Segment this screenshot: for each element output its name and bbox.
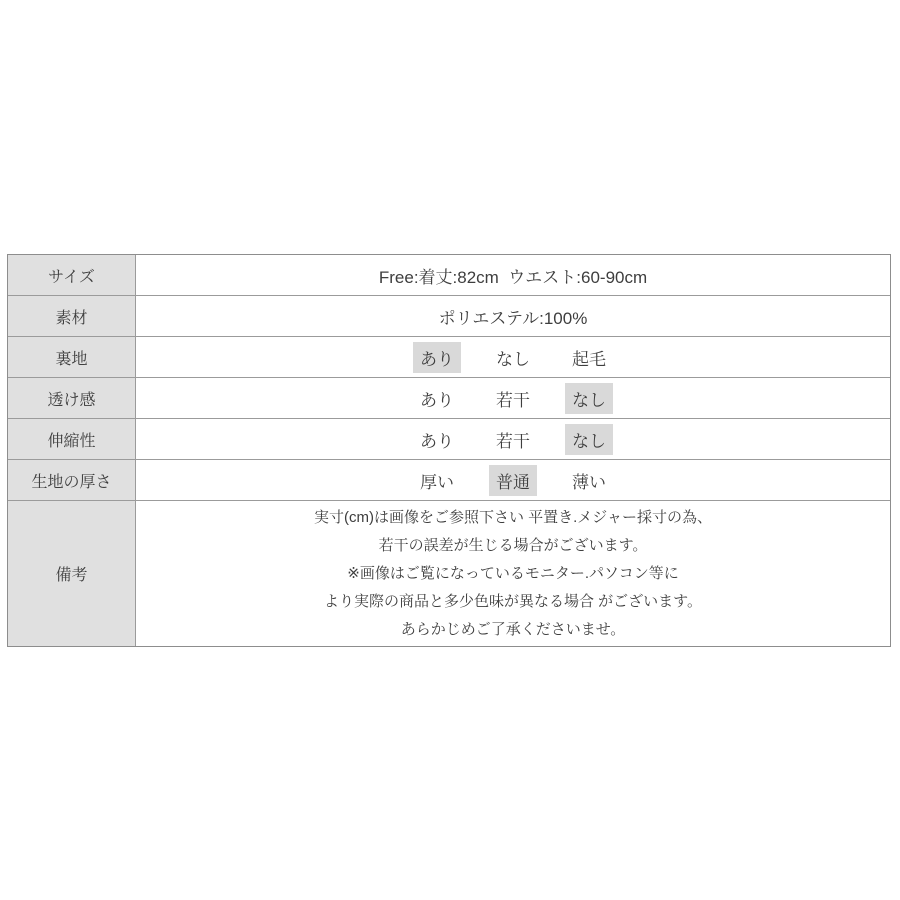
note-line: 若干の誤差が生じる場合がございます。 bbox=[379, 532, 648, 560]
option-chip: 若干 bbox=[489, 424, 537, 455]
row-label-thickness: 生地の厚さ bbox=[8, 460, 136, 500]
note-line: ※画像はご覧になっているモニター.パソコン等に bbox=[347, 560, 678, 588]
spec-row-lining: 裏地 あり なし 起毛 bbox=[8, 337, 890, 378]
row-value-lining: あり なし 起毛 bbox=[136, 337, 890, 377]
product-spec-table: サイズ Free:着丈:82cm ウエスト:60-90cm 素材 ポリエステル:… bbox=[7, 254, 891, 647]
option-chip: なし bbox=[565, 424, 613, 455]
spec-row-thickness: 生地の厚さ 厚い 普通 薄い bbox=[8, 460, 890, 501]
row-value-notes: 実寸(cm)は画像をご参照下さい 平置き.メジャー採寸の為、 若干の誤差が生じる… bbox=[136, 501, 890, 646]
row-label-notes: 備考 bbox=[8, 501, 136, 646]
row-value-sheerness: あり 若干 なし bbox=[136, 378, 890, 418]
option-chip: あり bbox=[413, 424, 461, 455]
row-label-sheerness: 透け感 bbox=[8, 378, 136, 418]
row-value-thickness: 厚い 普通 薄い bbox=[136, 460, 890, 500]
option-chip: なし bbox=[489, 342, 537, 373]
row-label-size: サイズ bbox=[8, 255, 136, 295]
option-chip: あり bbox=[413, 383, 461, 414]
row-value-material: ポリエステル:100% bbox=[136, 296, 890, 336]
note-line: あらかじめご了承くださいませ。 bbox=[401, 616, 626, 644]
option-chip: 薄い bbox=[565, 465, 613, 496]
spec-row-material: 素材 ポリエステル:100% bbox=[8, 296, 890, 337]
option-chip: 厚い bbox=[413, 465, 461, 496]
note-line: 実寸(cm)は画像をご参照下さい 平置き.メジャー採寸の為、 bbox=[314, 504, 712, 532]
row-value-stretch: あり 若干 なし bbox=[136, 419, 890, 459]
spec-row-stretch: 伸縮性 あり 若干 なし bbox=[8, 419, 890, 460]
row-value-size: Free:着丈:82cm ウエスト:60-90cm bbox=[136, 255, 890, 295]
row-label-stretch: 伸縮性 bbox=[8, 419, 136, 459]
row-label-lining: 裏地 bbox=[8, 337, 136, 377]
option-chip: 起毛 bbox=[565, 342, 613, 373]
option-chip: 普通 bbox=[489, 465, 537, 496]
option-chip: なし bbox=[565, 383, 613, 414]
spec-row-size: サイズ Free:着丈:82cm ウエスト:60-90cm bbox=[8, 255, 890, 296]
note-line: より実際の商品と多少色味が異なる場合 がございます。 bbox=[324, 588, 702, 616]
spec-row-notes: 備考 実寸(cm)は画像をご参照下さい 平置き.メジャー採寸の為、 若干の誤差が… bbox=[8, 501, 890, 646]
spec-row-sheerness: 透け感 あり 若干 なし bbox=[8, 378, 890, 419]
option-chip: あり bbox=[413, 342, 461, 373]
row-label-material: 素材 bbox=[8, 296, 136, 336]
option-chip: 若干 bbox=[489, 383, 537, 414]
